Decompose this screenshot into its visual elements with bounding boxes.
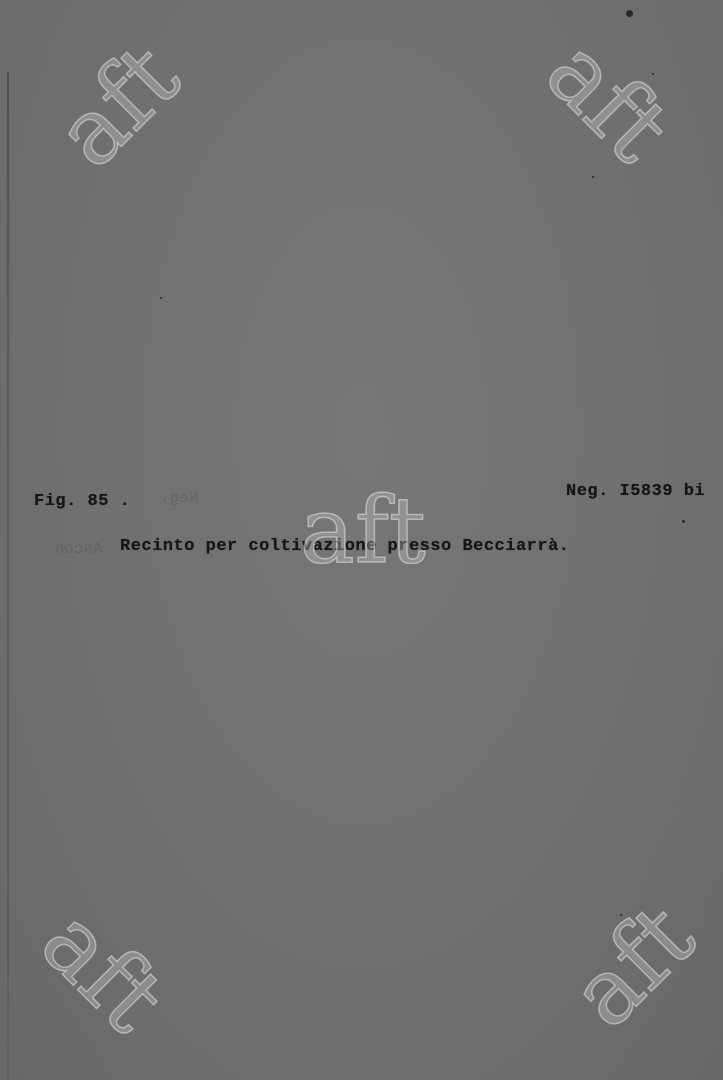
dust-speck	[682, 520, 685, 523]
dust-speck	[626, 10, 633, 17]
negative-number: Neg. I5839 bi	[566, 482, 705, 501]
figure-label: Fig. 85 .	[34, 492, 130, 511]
dust-speck	[592, 176, 594, 178]
aft-watermark: aft	[556, 889, 710, 1043]
bleed-through-text: Ascon.	[45, 540, 103, 558]
scanned-card: Ascon. Neg. Fig. 85 . Neg. I5839 bi Reci…	[0, 0, 723, 1080]
dust-speck	[160, 297, 162, 299]
bleed-through-text: Neg.	[160, 489, 198, 507]
aft-watermark: aft	[300, 485, 426, 577]
card-edge-line	[7, 72, 9, 1080]
aft-watermark: aft	[531, 24, 685, 178]
aft-watermark: aft	[26, 894, 180, 1048]
aft-watermark: aft	[41, 29, 195, 183]
